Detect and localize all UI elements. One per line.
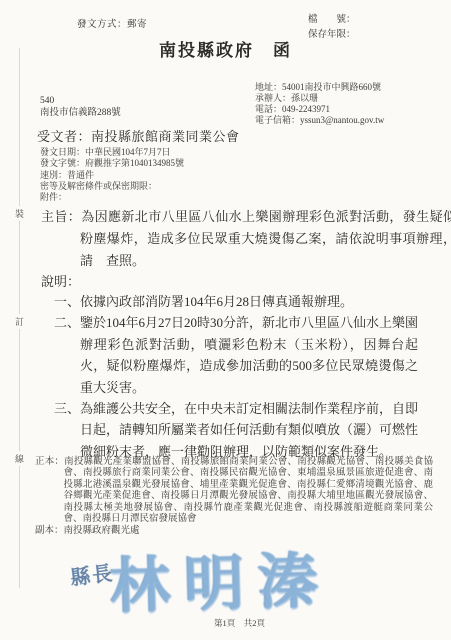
document-meta-block: 發文日期：中華民國104年7月7日 發文字號：府觀推字第1040134985號 …	[40, 147, 184, 203]
recipient-line: 受文者：南投縣旅館商業同業公會	[37, 126, 240, 145]
security-class-line: 密等及解密條件或保密期限：	[40, 181, 184, 192]
doc-number-line: 發文字號：府觀推字第1040134985號	[40, 158, 184, 169]
document-title: 南投縣政府 函	[0, 36, 451, 61]
agency-info-block: 地址：54001南投市中興路660號 承辦人：孫以珊 電話：049-224397…	[255, 82, 384, 126]
subject-paragraph: 主旨：為因應新北市八里區八仙水上樂園辦理彩色派對活動，發生疑似粉塵爆炸，造成多位…	[41, 206, 451, 271]
file-number-label: 檔 號：	[308, 11, 356, 25]
attachment-line: 附件：	[40, 192, 184, 203]
agency-contact-person: 承辦人：孫以珊	[255, 93, 384, 104]
copies-block: 正本：南投縣觀光產業聯盟協會、南投縣旅館商業同業公會、南投縣觀光協會、南投縣美食…	[35, 457, 433, 537]
explanation-item-1: 一、依據內政部消防署104年6月28日傳真通報辦理。	[54, 291, 418, 312]
agency-phone: 電話：049-2243971	[255, 104, 384, 115]
binding-mark-xian: 線	[13, 451, 26, 466]
binding-mark-ding: 訂	[13, 314, 26, 329]
binding-mark-zhuang: 裝	[13, 206, 26, 221]
page-footer: 第1頁 共2頁	[14, 617, 451, 629]
explanation-item-3: 三、為維護公共安全，在中央未訂定相關法制作業程序前，自即日起，請轉知所屬業者如任…	[54, 398, 418, 462]
copies-original: 正本：南投縣觀光產業聯盟協會、南投縣旅館商業同業公會、南投縣觀光協會、南投縣美食…	[35, 457, 433, 525]
recipient-street: 南投市信義路288號	[40, 108, 121, 120]
explanation-list: 一、依據內政部消防署104年6月28日傳真通報辦理。 二、鑒於104年6月27日…	[54, 291, 418, 462]
recipient-zip: 540	[40, 96, 121, 108]
speed-class-line: 速別：普通件	[40, 170, 184, 181]
stamp-name: 林明溱	[109, 533, 333, 625]
recipient-postal-block: 540 南投市信義路288號	[40, 96, 121, 119]
agency-email: 電子信箱：yssun3@nantou.gov.tw	[255, 115, 384, 126]
document-page: 裝 訂 線 發文方式：郵寄 檔 號： 保存年限： 南投縣政府 函 540 南投市…	[0, 0, 451, 640]
explanation-label: 說明：	[41, 271, 80, 290]
explanation-item-2: 二、鑒於104年6月27日20時30分許，新北市八里區八仙水上樂園辦理彩色派對活…	[54, 312, 418, 398]
issue-date-line: 發文日期：中華民國104年7月7日	[40, 147, 184, 158]
delivery-method-label: 發文方式：郵寄	[77, 16, 147, 30]
agency-address: 地址：54001南投市中興路660號	[255, 82, 384, 93]
